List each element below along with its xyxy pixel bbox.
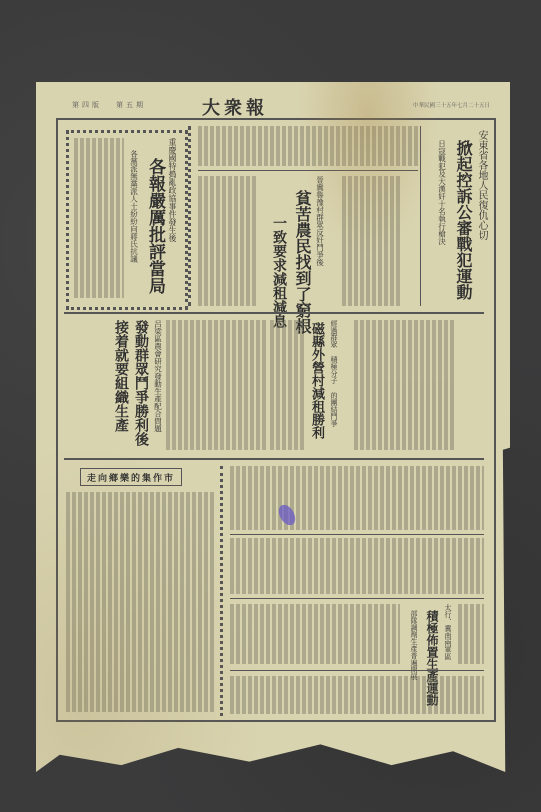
body-text [270,320,306,450]
issue-number: 第四版 [72,100,102,110]
body-text [230,676,484,714]
body-text [66,492,214,712]
body-text [342,176,402,306]
article-subhead: 呂梁區農會研究發動生產配合問題 [154,320,162,433]
article-subhead: 安東省各地人民復仇心切 [476,130,486,240]
section-rule [230,534,484,535]
section-rule [64,312,484,314]
section-rule [198,170,418,171]
article-deck: 接着就要組織生產 [114,320,128,432]
article-deck: 日寇戰犯及大漢奸十名執行槍決 [438,140,446,245]
masthead: 第四版 第五期 大衆報 中華民國三十五年七月二十五日 [36,94,510,116]
article-deck: 各黨派無黨派人士紛紛向蔣氏抗議 [130,150,138,263]
newspaper-title: 大衆報 [202,94,268,120]
body-text [354,320,454,450]
section-rule [230,670,484,671]
body-text [198,126,418,166]
article-headline: 掀起控訴公審戰犯運動 [455,140,471,300]
column-title-box: 市作集的樂鄉向走 [80,468,182,486]
column-divider [220,466,224,716]
edition-number: 第五期 [116,100,146,110]
column-divider [420,126,421,306]
body-text [74,138,124,298]
article-subhead: 太行、冀南兩軍區 [444,604,451,660]
page-frame: 重慶國特搗亂政協事件發生後 各報嚴厲批評當局 各黨派無黨派人士紛紛向蔣氏抗議 晉… [56,118,496,722]
section-rule [64,458,484,460]
article-headline: 各報嚴厲批評當局 [146,158,163,294]
body-text [198,176,258,306]
body-text [458,604,484,664]
body-text [166,320,266,450]
body-text [230,466,484,530]
article-subhead: 晉冀魯豫村群眾反奸鬥爭後 [316,176,324,266]
section-rule [230,598,484,599]
publication-date: 中華民國三十五年七月二十五日 [413,101,490,109]
column-title: 市作集的樂鄉向走 [87,471,175,484]
body-text [230,604,400,664]
newspaper-page: 第四版 第五期 大衆報 中華民國三十五年七月二十五日 重慶國特搗亂政協事件發生後… [36,82,510,772]
body-text [230,538,484,594]
article-headline: 發動群眾鬥爭勝利後 [134,320,148,446]
column-divider [188,126,192,306]
article-deck: 經過群眾 積極分子 的團結鬥爭 [330,320,337,427]
article-subhead: 重慶國特搗亂政協事件發生後 [168,138,176,242]
article-headline: 磁縣外營村減租勝利 [310,322,323,439]
